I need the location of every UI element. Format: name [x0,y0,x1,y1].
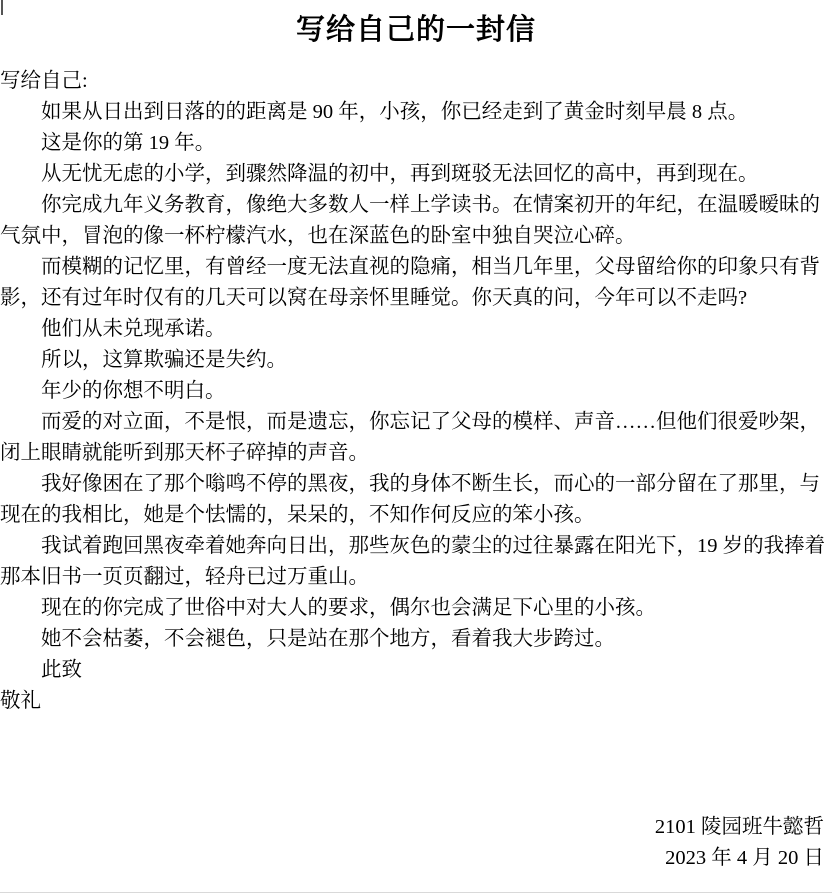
letter-paragraph-7: 所以，这算欺骗还是失约。 [0,345,832,376]
letter-paragraph-13: 她不会枯萎，不会褪色，只是站在那个地方，看着我大步跨过。 [0,624,832,655]
letter-paragraph-11: 我试着跑回黑夜牵着她奔向日出，那些灰色的蒙尘的过往暴露在阳光下，19 岁的我捧着… [0,531,832,593]
letter-body: 写给自己: 如果从日出到日落的的距离是 90 年，小孩，你已经走到了黄金时刻早晨… [0,66,832,717]
letter-paragraph-4: 你完成九年义务教育，像绝大多数人一样上学读书。在情案初开的年纪，在温暖暧昧的气氛… [0,190,832,252]
letter-paragraph-9: 而爱的对立面，不是恨，而是遗忘，你忘记了父母的模样、声音……但他们很爱吵架，闭上… [0,407,832,469]
letter-closing-salute: 敬礼 [0,686,832,717]
signature-name-line: 2101 陵园班牛懿哲 [0,812,824,843]
signature-spacer [0,717,832,812]
letter-paragraph-5: 而模糊的记忆里，有曾经一度无法直视的隐痛，相当几年里，父母留给你的印象只有背影，… [0,252,832,314]
letter-paragraph-12: 现在的你完成了世俗中对大人的要求，偶尔也会满足下心里的小孩。 [0,593,832,624]
letter-paragraph-2: 这是你的第 19 年。 [0,128,832,159]
letter-paragraph-1: 如果从日出到日落的的距离是 90 年，小孩，你已经走到了黄金时刻早晨 8 点。 [0,97,832,128]
letter-paragraph-8: 年少的你想不明白。 [0,376,832,407]
letter-title: 写给自己的一封信 [0,10,832,50]
letter-paragraph-10: 我好像困在了那个嗡鸣不停的黑夜，我的身体不断生长，而心的一部分留在了那里，与现在… [0,469,832,531]
letter-document-page: 写给自己的一封信 写给自己: 如果从日出到日落的的距离是 90 年，小孩，你已经… [0,0,832,894]
page-bottom-edge-artifact [0,892,832,893]
page-corner-artifact [1,0,3,15]
signature-date-line: 2023 年 4 月 20 日 [0,843,824,874]
letter-paragraph-6: 他们从未兑现承诺。 [0,314,832,345]
letter-closing-respectfully: 此致 [0,655,832,686]
letter-salutation: 写给自己: [0,66,832,97]
letter-paragraph-3: 从无忧无虑的小学，到骤然降温的初中，再到斑驳无法回忆的高中，再到现在。 [0,159,832,190]
signature-block: 2101 陵园班牛懿哲 2023 年 4 月 20 日 [0,812,832,874]
